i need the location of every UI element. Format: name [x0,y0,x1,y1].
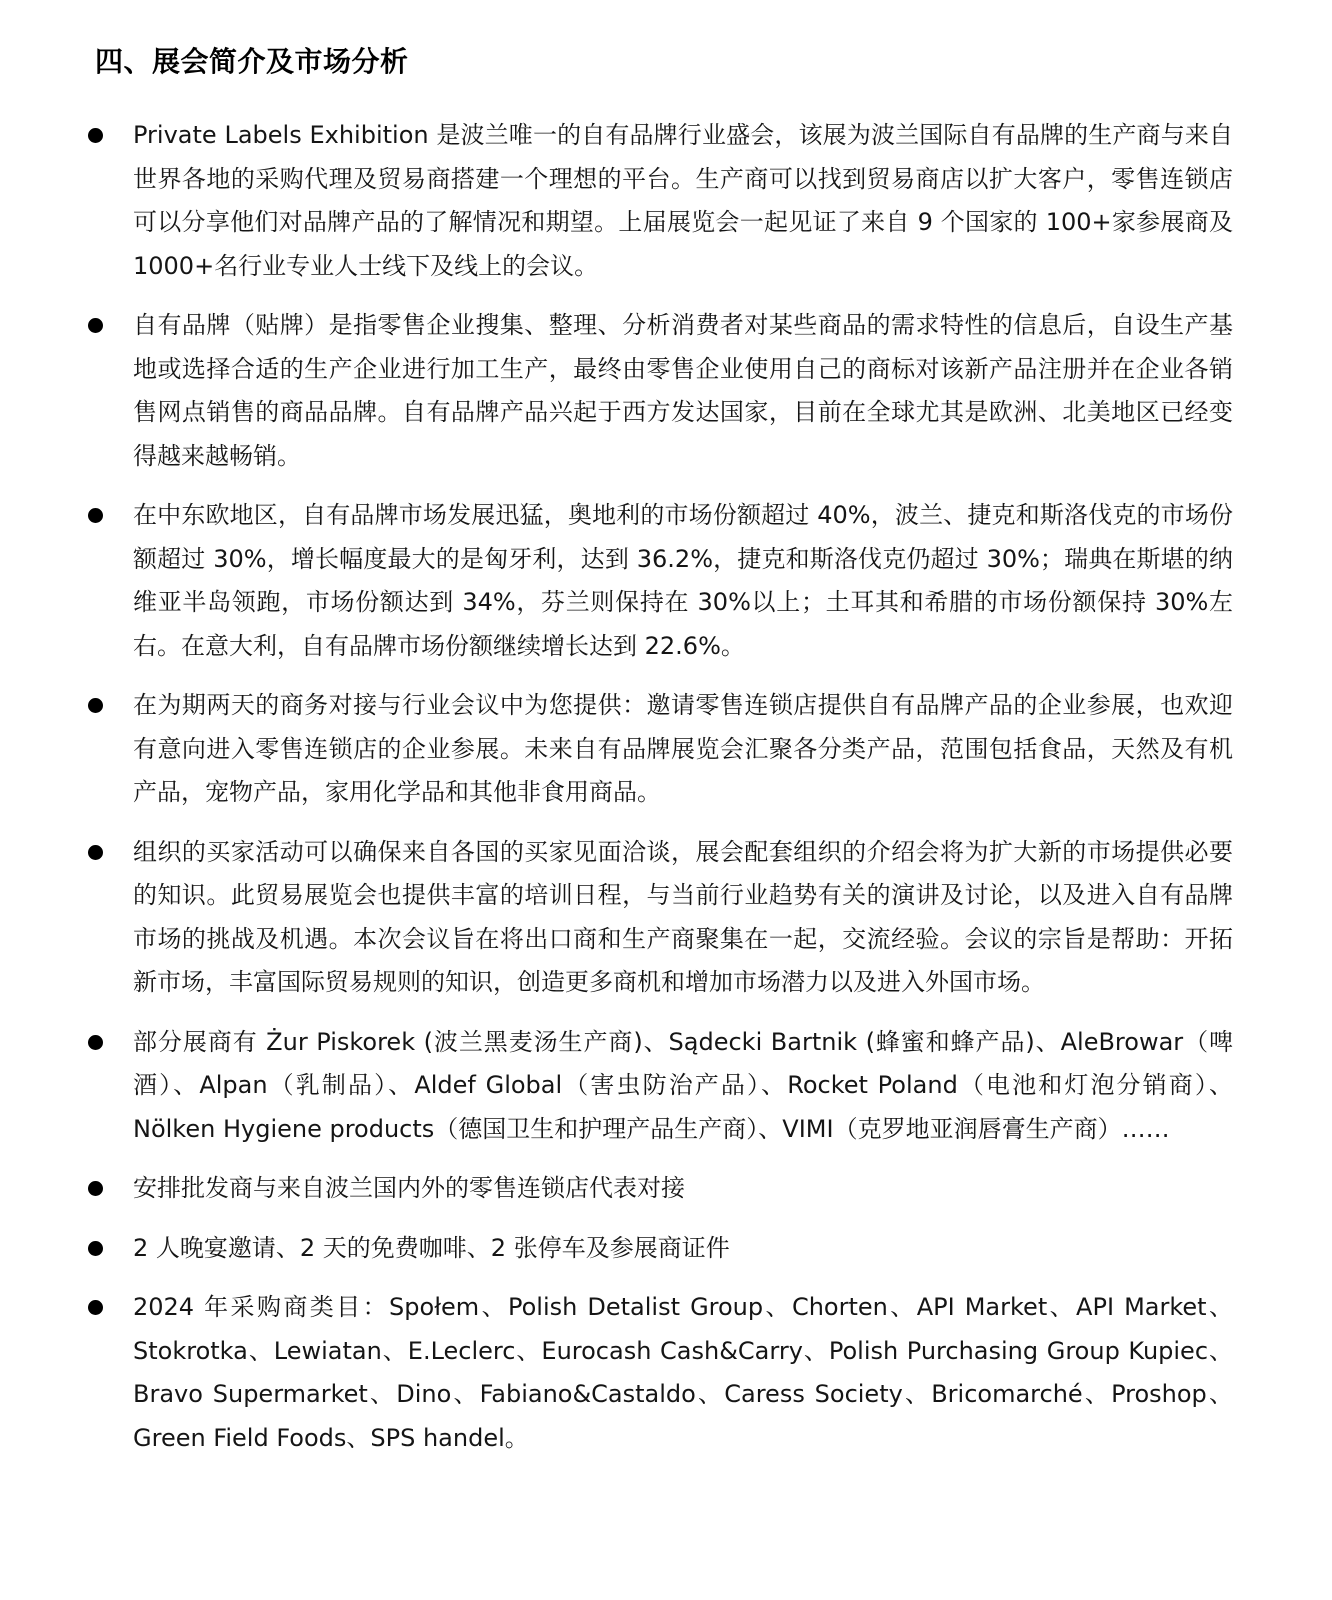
bullet-dot-icon [88,1241,103,1256]
bullet-text: 2 人晚宴邀请、2 天的免费咖啡、2 张停车及参展商证件 [133,1227,1233,1271]
bullet-text: 安排批发商与来自波兰国内外的零售连锁店代表对接 [133,1167,1233,1211]
bullet-item-buyer-activities: 组织的买家活动可以确保来自各国的买家见面洽谈，展会配套组织的介绍会将为扩大新的市… [88,831,1233,1005]
bullet-dot-icon [88,698,103,713]
bullet-item-wholesaler-matching: 安排批发商与来自波兰国内外的零售连锁店代表对接 [88,1167,1233,1211]
bullet-text: 组织的买家活动可以确保来自各国的买家见面洽谈，展会配套组织的介绍会将为扩大新的市… [133,831,1233,1005]
bullet-item-buyer-list: 2024 年采购商类目：Społem、Polish Detalist Group… [88,1286,1233,1460]
bullet-item-exhibition-intro: Private Labels Exhibition 是波兰唯一的自有品牌行业盛会… [88,114,1233,288]
bullet-item-market-share: 在中东欧地区，自有品牌市场发展迅猛，奥地利的市场份额超过 40%，波兰、捷克和斯… [88,494,1233,668]
bullet-dot-icon [88,1181,103,1196]
bullet-text: 部分展商有 Żur Piskorek (波兰黑麦汤生产商)、Sądecki Ba… [133,1021,1233,1152]
section-title: 四、展会简介及市场分析 [95,40,409,84]
bullet-text: 在中东欧地区，自有品牌市场发展迅猛，奥地利的市场份额超过 40%，波兰、捷克和斯… [133,494,1233,668]
bullet-list: Private Labels Exhibition 是波兰唯一的自有品牌行业盛会… [88,114,1233,1476]
bullet-item-business-matching: 在为期两天的商务对接与行业会议中为您提供：邀请零售连锁店提供自有品牌产品的企业参… [88,684,1233,815]
bullet-item-private-label-definition: 自有品牌（贴牌）是指零售企业搜集、整理、分析消费者对某些商品的需求特性的信息后，… [88,304,1233,478]
bullet-dot-icon [88,845,103,860]
bullet-text: 在为期两天的商务对接与行业会议中为您提供：邀请零售连锁店提供自有品牌产品的企业参… [133,684,1233,815]
bullet-dot-icon [88,318,103,333]
bullet-dot-icon [88,1035,103,1050]
bullet-dot-icon [88,128,103,143]
bullet-dot-icon [88,508,103,523]
bullet-item-exhibitors: 部分展商有 Żur Piskorek (波兰黑麦汤生产商)、Sądecki Ba… [88,1021,1233,1152]
document-page: 四、展会简介及市场分析 Private Labels Exhibition 是波… [0,0,1332,1600]
bullet-text: Private Labels Exhibition 是波兰唯一的自有品牌行业盛会… [133,114,1233,288]
bullet-text: 自有品牌（贴牌）是指零售企业搜集、整理、分析消费者对某些商品的需求特性的信息后，… [133,304,1233,478]
bullet-text: 2024 年采购商类目：Społem、Polish Detalist Group… [133,1286,1233,1460]
bullet-item-benefits: 2 人晚宴邀请、2 天的免费咖啡、2 张停车及参展商证件 [88,1227,1233,1271]
bullet-dot-icon [88,1300,103,1315]
